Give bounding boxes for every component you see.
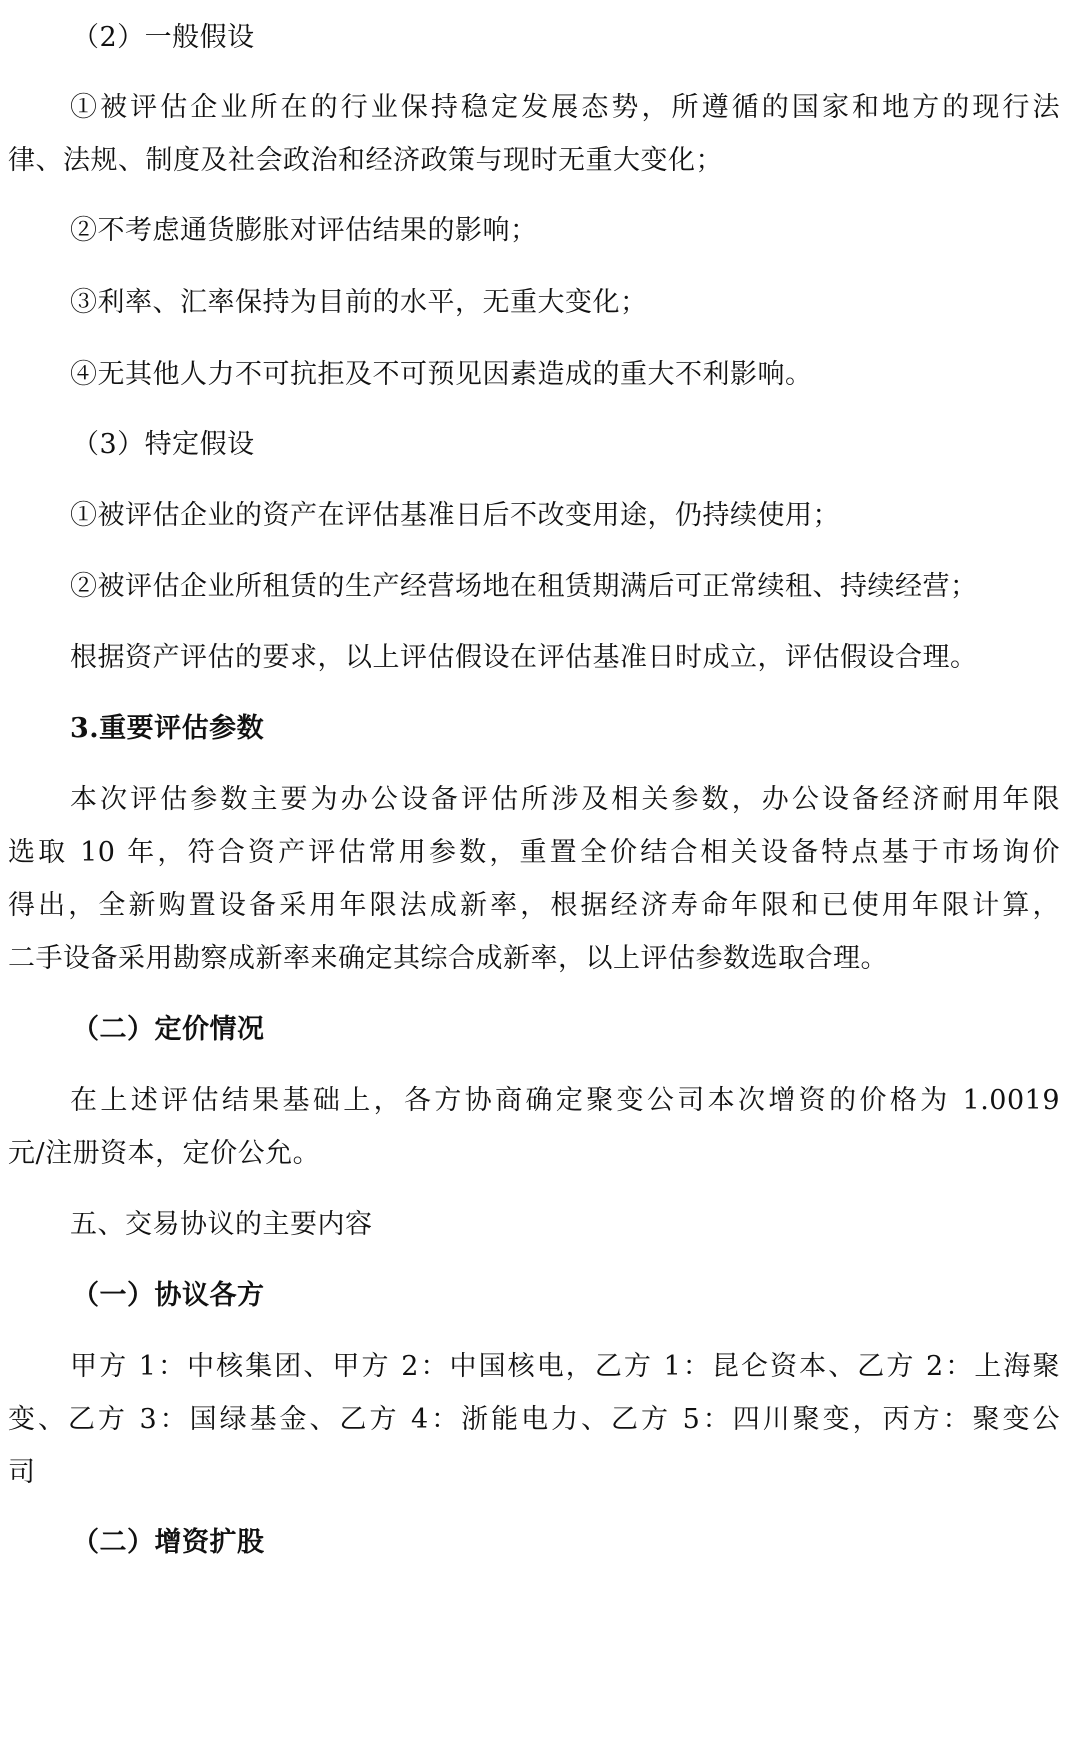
general-assumption-4: ④无其他人力不可抗拒及不可预见因素造成的重大不利影响。 — [70, 357, 813, 393]
section-heading-important-parameters: 3.重要评估参数 — [70, 711, 264, 747]
assumptions-conclusion: 根据资产评估的要求，以上评估假设在评估基准日时成立，评估假设合理。 — [70, 640, 978, 676]
section-heading-capital-increase: （二）增资扩股 — [72, 1525, 265, 1561]
parties-line-2: 变、乙方 3：国绿基金、乙方 4：浙能电力、乙方 5：四川聚变，丙方：聚变公 — [8, 1402, 1060, 1438]
specific-assumption-2: ②被评估企业所租赁的生产经营场地在租赁期满后可正常续租、持续经营； — [70, 569, 978, 605]
parameters-paragraph-line-1: 本次评估参数主要为办公设备评估所涉及相关参数，办公设备经济耐用年限 — [70, 782, 1060, 818]
pricing-paragraph-line-1: 在上述评估结果基础上，各方协商确定聚变公司本次增资的价格为 1.0019 — [70, 1083, 1060, 1119]
parameters-paragraph-line-4: 二手设备采用勘察成新率来确定其综合成新率，以上评估参数选取合理。 — [8, 941, 888, 977]
general-assumption-1-line-2: 律、法规、制度及社会政治和经济政策与现时无重大变化； — [8, 143, 723, 179]
parties-line-1: 甲方 1：中核集团、甲方 2：中国核电，乙方 1：昆仑资本、乙方 2：上海聚 — [70, 1349, 1060, 1385]
section-heading-pricing: （二）定价情况 — [72, 1012, 265, 1048]
specific-assumption-1: ①被评估企业的资产在评估基准日后不改变用途，仍持续使用； — [70, 498, 840, 534]
section-heading-specific-assumptions: （3）特定假设 — [72, 427, 255, 463]
section-heading-general-assumptions: （2）一般假设 — [72, 20, 255, 56]
parameters-paragraph-line-3: 得出，全新购置设备采用年限法成新率，根据经济寿命年限和已使用年限计算， — [8, 888, 1060, 924]
parties-line-3: 司 — [8, 1455, 36, 1491]
general-assumption-1-line-1: ①被评估企业所在的行业保持稳定发展态势，所遵循的国家和地方的现行法 — [70, 90, 1060, 126]
general-assumption-2: ②不考虑通货膨胀对评估结果的影响； — [70, 213, 538, 249]
section-heading-agreement: 五、交易协议的主要内容 — [70, 1207, 373, 1243]
general-assumption-3: ③利率、汇率保持为目前的水平，无重大变化； — [70, 285, 648, 321]
parameters-paragraph-line-2: 选取 10 年，符合资产评估常用参数，重置全价结合相关设备特点基于市场询价 — [8, 835, 1060, 871]
section-heading-parties: （一）协议各方 — [72, 1278, 265, 1314]
pricing-paragraph-line-2: 元/注册资本，定价公允。 — [8, 1136, 320, 1172]
